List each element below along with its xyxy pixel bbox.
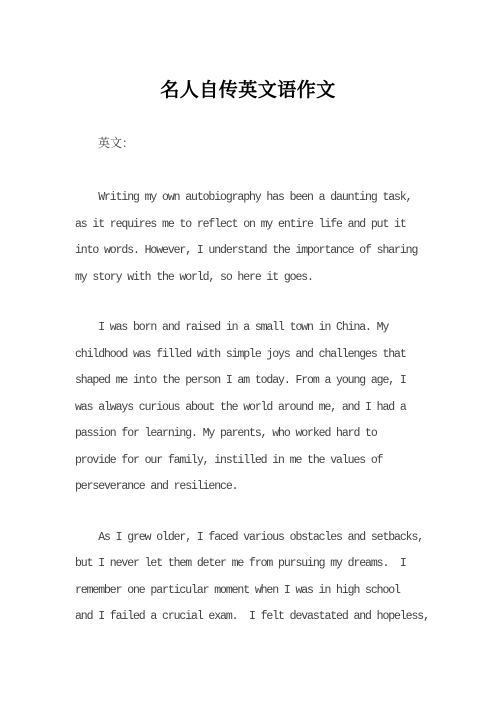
section-label: 英文： xyxy=(75,136,421,150)
text-line: childhood was filled with simple joys an… xyxy=(75,342,421,369)
document-title: 名人自传英文语作文 xyxy=(75,0,421,103)
text-line: perseverance and resilience. xyxy=(75,474,421,501)
text-line: passion for learning. My parents, who wo… xyxy=(75,421,421,448)
paragraph-3: As I grew older, I faced various obstacl… xyxy=(75,525,421,631)
text-line: remember one particular moment when I wa… xyxy=(75,578,421,605)
paragraph-2: I was born and raised in a small town in… xyxy=(75,315,421,501)
text-line: my story with the world, so here it goes… xyxy=(75,265,421,292)
text-line: but I never let them deter me from pursu… xyxy=(75,551,421,578)
text-line: was always curious about the world aroun… xyxy=(75,395,421,422)
text-line: as it requires me to reflect on my entir… xyxy=(75,212,421,239)
text-line: Writing my own autobiography has been a … xyxy=(75,185,421,212)
text-line: provide for our family, instilled in me … xyxy=(75,448,421,475)
text-line: and I failed a crucial exam. I felt deva… xyxy=(75,604,421,631)
document-page: 名人自传英文语作文 英文： Writing my own autobiograp… xyxy=(0,0,496,702)
text-line: I was born and raised in a small town in… xyxy=(75,315,421,342)
text-line: As I grew older, I faced various obstacl… xyxy=(75,525,421,552)
paragraph-1: Writing my own autobiography has been a … xyxy=(75,185,421,291)
document-body: Writing my own autobiography has been a … xyxy=(75,185,421,631)
text-line: into words. However, I understand the im… xyxy=(75,238,421,265)
text-line: shaped me into the person I am today. Fr… xyxy=(75,368,421,395)
